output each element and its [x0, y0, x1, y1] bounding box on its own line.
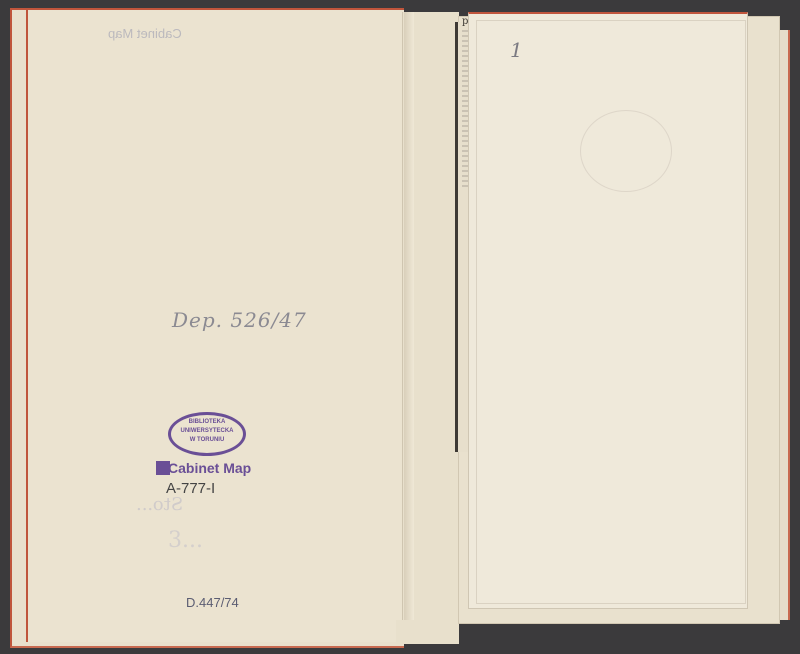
torn-flap [396, 620, 460, 644]
library-stamp-oval: BIBLIOTEKA UNIWERSYTECKA W TORUNIU [168, 412, 246, 456]
accession-number: D.447/74 [186, 595, 239, 610]
stamp-line-2: UNIWERSYTECKA [171, 427, 243, 436]
panel-inner-border [476, 20, 746, 604]
cabinet-stamp-text: Cabinet Map [168, 460, 251, 476]
cabinet-map-stamp: Cabinet Map [156, 460, 251, 476]
stamp-line-1: BIBLIOTEKA [171, 418, 243, 427]
bleed-mark: 3... [168, 528, 203, 553]
show-through-sketch [580, 110, 672, 192]
mirrored-bleed-text: Cabinet Map [108, 26, 182, 41]
stamp-line-3: W TORUNIU [171, 436, 243, 445]
bleed-mark: Sto... [136, 494, 183, 515]
pencil-shelf-mark: Dep. 526/47 [172, 308, 307, 332]
pencil-page-number: 1 [510, 38, 523, 62]
spine-crease [404, 12, 414, 644]
